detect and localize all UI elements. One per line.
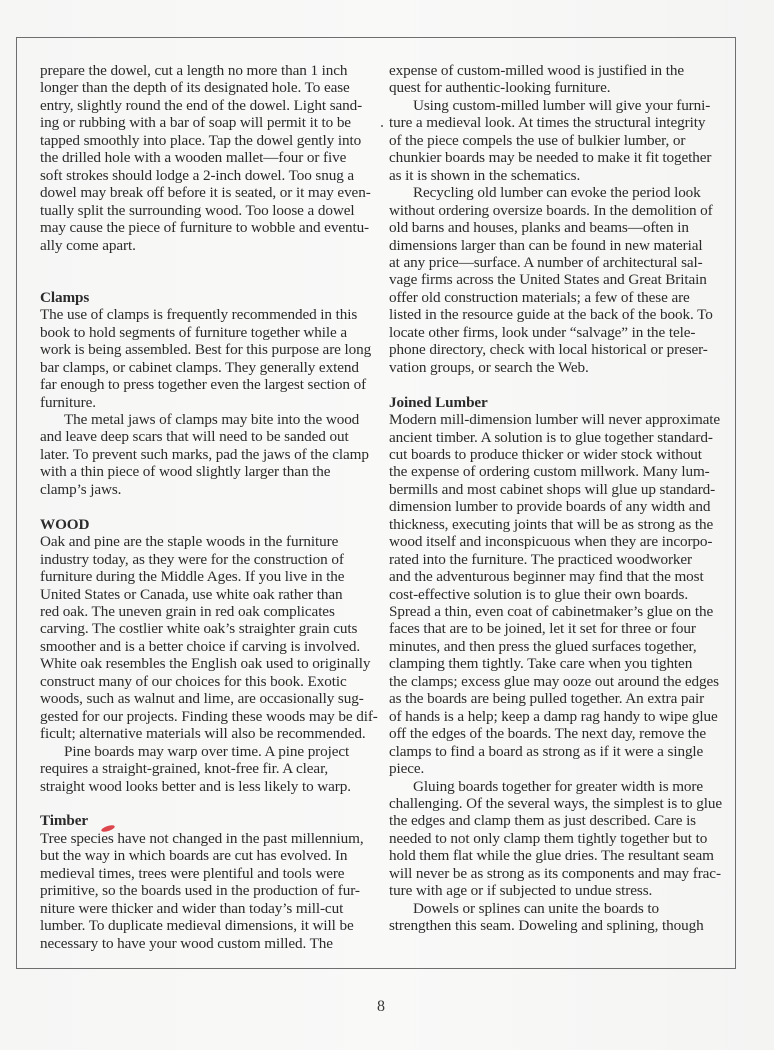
text-line: faces that are to be joined, let it set … bbox=[389, 620, 719, 637]
text-line: The use of clamps is frequently recommen… bbox=[40, 306, 370, 323]
text-line: quest for authentic-looking furniture. bbox=[389, 79, 719, 96]
text-line: niture were thicker and wider than today… bbox=[40, 900, 370, 917]
text-line: dimension lumber to provide boards of an… bbox=[389, 498, 719, 515]
text-line: the expense of ordering custom millwork.… bbox=[389, 463, 719, 480]
text-line: rated into the furniture. The practiced … bbox=[389, 551, 719, 568]
text-line: tapped smoothly into place. Tap the dowe… bbox=[40, 132, 370, 149]
text-line: United States or Canada, use white oak r… bbox=[40, 586, 370, 603]
text-line: woods, such as walnut and lime, are occa… bbox=[40, 690, 370, 707]
text-line: primitive, so the boards used in the pro… bbox=[40, 882, 370, 899]
text-line: chunkier boards may be needed to make it… bbox=[389, 149, 719, 166]
text-line: with a thin piece of wood slightly large… bbox=[40, 463, 370, 480]
text-line: bermills and most cabinet shops will glu… bbox=[389, 481, 719, 498]
text-line: tually split the surrounding wood. Too l… bbox=[40, 202, 370, 219]
text-line: ficult; alternative materials will also … bbox=[40, 725, 370, 742]
text-line: Pine boards may warp over time. A pine p… bbox=[40, 743, 370, 760]
spacer bbox=[40, 254, 370, 271]
text-line: ally come apart. bbox=[40, 237, 370, 254]
text-line: of hands is a help; keep a damp rag hand… bbox=[389, 708, 719, 725]
text-line: old barns and houses, planks and beams—o… bbox=[389, 219, 719, 236]
text-line: Using custom-milled lumber will give you… bbox=[389, 97, 719, 114]
text-line: dimensions larger than can be found in n… bbox=[389, 237, 719, 254]
text-line: work is being assembled. Best for this p… bbox=[40, 341, 370, 358]
text-line: longer than the depth of its designated … bbox=[40, 79, 370, 96]
text-line: smoother and is a better choice if carvi… bbox=[40, 638, 370, 655]
text-line: clamps to find a board as strong as if i… bbox=[389, 743, 719, 760]
text-line: off the edges of the boards. The next da… bbox=[389, 725, 719, 742]
wood-section: WOOD Oak and pine are the staple woods i… bbox=[40, 516, 370, 795]
text-line: cut boards to produce thicker or wider s… bbox=[389, 446, 719, 463]
text-line: strengthen this seam. Doweling and splin… bbox=[389, 917, 719, 934]
text-line: at any price—surface. A number of archit… bbox=[389, 254, 719, 271]
text-line: construct many of our choices for this b… bbox=[40, 673, 370, 690]
text-line: furniture during the Middle Ages. If you… bbox=[40, 568, 370, 585]
text-line: far enough to press together even the la… bbox=[40, 376, 370, 393]
text-line: straight wood looks better and is less l… bbox=[40, 778, 370, 795]
text-line: challenging. Of the several ways, the si… bbox=[389, 795, 719, 812]
text-line: ancient timber. A solution is to glue to… bbox=[389, 429, 719, 446]
text-line: industry today, as they were for the con… bbox=[40, 551, 370, 568]
text-line: carving. The costlier white oak’s straig… bbox=[40, 620, 370, 637]
text-line: later. To prevent such marks, pad the ja… bbox=[40, 446, 370, 463]
text-line: and the adventurous beginner may find th… bbox=[389, 568, 719, 585]
text-line: Tree species have not changed in the pas… bbox=[40, 830, 370, 847]
text-line: minutes, and then press the glued surfac… bbox=[389, 638, 719, 655]
text-line: entry, slightly round the end of the dow… bbox=[40, 97, 370, 114]
text-line: wood itself and inconspicuous when they … bbox=[389, 533, 719, 550]
text-line: listed in the resource guide at the back… bbox=[389, 306, 719, 323]
clamps-section: Clamps The use of clamps is frequently r… bbox=[40, 289, 370, 498]
spacer bbox=[40, 271, 370, 288]
section-heading-clamps: Clamps bbox=[40, 289, 370, 306]
page-number: 8 bbox=[0, 998, 762, 1016]
text-line: ture with age or if subjected to undue s… bbox=[389, 882, 719, 899]
text-line: medieval times, trees were plentiful and… bbox=[40, 865, 370, 882]
text-line: but the way in which boards are cut has … bbox=[40, 847, 370, 864]
text-line: offer old construction materials; a few … bbox=[389, 289, 719, 306]
scan-speck bbox=[381, 125, 383, 127]
text-line: Modern mill-dimension lumber will never … bbox=[389, 411, 719, 428]
recycling-paragraph: Recycling old lumber can evoke the perio… bbox=[389, 184, 719, 376]
text-line: phone directory, check with local histor… bbox=[389, 341, 719, 358]
text-line: vation groups, or search the Web. bbox=[389, 359, 719, 376]
text-line: the clamps; excess glue may ooze out aro… bbox=[389, 673, 719, 690]
text-line: bar clamps, or cabinet clamps. They gene… bbox=[40, 359, 370, 376]
text-line: cost-effective solution is to glue their… bbox=[389, 586, 719, 603]
text-line: thickness, executing joints that will be… bbox=[389, 516, 719, 533]
text-line: gested for our projects. Finding these w… bbox=[40, 708, 370, 725]
text-line: the drilled hole with a wooden mallet—fo… bbox=[40, 149, 370, 166]
timber-section: Timber Tree species have not changed in … bbox=[40, 812, 370, 952]
text-line: Oak and pine are the staple woods in the… bbox=[40, 533, 370, 550]
joined-lumber-section: Joined Lumber Modern mill-dimension lumb… bbox=[389, 394, 719, 935]
text-line: red oak. The uneven grain in red oak com… bbox=[40, 603, 370, 620]
text-line: as the boards are being pulled together.… bbox=[389, 690, 719, 707]
dowel-paragraph: prepare the dowel, cut a length no more … bbox=[40, 62, 370, 254]
text-line: White oak resembles the English oak used… bbox=[40, 655, 370, 672]
text-line: Gluing boards together for greater width… bbox=[389, 778, 719, 795]
text-line: necessary to have your wood custom mille… bbox=[40, 935, 370, 952]
section-heading-wood: WOOD bbox=[40, 516, 370, 533]
text-line: without ordering oversize boards. In the… bbox=[389, 202, 719, 219]
text-line: will never be as strong as its component… bbox=[389, 865, 719, 882]
text-line: of the piece compels the use of bulkier … bbox=[389, 132, 719, 149]
text-line: locate other firms, look under “salvage”… bbox=[389, 324, 719, 341]
text-line: vage firms across the United States and … bbox=[389, 271, 719, 288]
text-line: Dowels or splines can unite the boards t… bbox=[389, 900, 719, 917]
custom-milled-paragraph: Using custom-milled lumber will give you… bbox=[389, 97, 719, 184]
text-line: Spread a thin, even coat of cabinetmaker… bbox=[389, 603, 719, 620]
text-line: furniture. bbox=[40, 394, 370, 411]
spacer bbox=[389, 376, 719, 393]
text-line: soft strokes should lodge a 2-inch dowel… bbox=[40, 167, 370, 184]
text-line: dowel may break off before it is seated,… bbox=[40, 184, 370, 201]
text-line: ing or rubbing with a bar of soap will p… bbox=[40, 114, 370, 131]
text-line: Recycling old lumber can evoke the perio… bbox=[389, 184, 719, 201]
text-line: lumber. To duplicate medieval dimensions… bbox=[40, 917, 370, 934]
text-line: book to hold segments of furniture toget… bbox=[40, 324, 370, 341]
text-line: clamp’s jaws. bbox=[40, 481, 370, 498]
text-line: clamping them tightly. Take care when yo… bbox=[389, 655, 719, 672]
text-line: and leave deep scars that will need to b… bbox=[40, 428, 370, 445]
scanned-book-page: prepare the dowel, cut a length no more … bbox=[0, 0, 774, 1050]
text-line: needed to not only clamp them tightly to… bbox=[389, 830, 719, 847]
right-column: expense of custom-milled wood is justifi… bbox=[389, 62, 719, 935]
text-line: prepare the dowel, cut a length no more … bbox=[40, 62, 370, 79]
text-line: as it is shown in the schematics. bbox=[389, 167, 719, 184]
text-line: the edges and clamp them as just describ… bbox=[389, 812, 719, 829]
spacer bbox=[40, 795, 370, 812]
text-line: The metal jaws of clamps may bite into t… bbox=[40, 411, 370, 428]
left-column: prepare the dowel, cut a length no more … bbox=[40, 62, 370, 952]
text-line: may cause the piece of furniture to wobb… bbox=[40, 219, 370, 236]
text-line: requires a straight-grained, knot-free f… bbox=[40, 760, 370, 777]
text-line: expense of custom-milled wood is justifi… bbox=[389, 62, 719, 79]
section-heading-joined-lumber: Joined Lumber bbox=[389, 394, 719, 411]
text-line: ture a medieval look. At times the struc… bbox=[389, 114, 719, 131]
continued-paragraph: expense of custom-milled wood is justifi… bbox=[389, 62, 719, 97]
section-heading-timber: Timber bbox=[40, 812, 370, 829]
text-line: piece. bbox=[389, 760, 719, 777]
spacer bbox=[40, 498, 370, 515]
text-line: hold them flat while the glue dries. The… bbox=[389, 847, 719, 864]
